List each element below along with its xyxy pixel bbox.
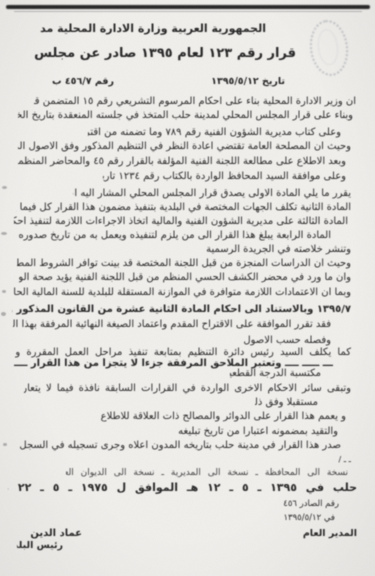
scanned-document-page: الجمهورية العربية وزارة الادارة المحلية … — [0, 0, 375, 576]
footer-date-2: في ١٣٩٥/٥/١٢ — [271, 513, 335, 524]
footer-line-1: نسخة الى المحافظة ـ نسخة الى المديرية ـ … — [66, 468, 348, 479]
body-line-22: مستقبلا وفق ذلك — [255, 397, 318, 410]
ref-number-field: رقم ٤٥٦/٧ ب — [40, 76, 114, 88]
footer-mark: المدير العام — [297, 528, 357, 540]
top-border-rule-echo — [14, 11, 362, 12]
body-line-25: صدر هذا القرار في مدينة حلب بتاريخه المد… — [17, 440, 341, 453]
circular-seal-inner — [316, 28, 340, 66]
body-line-11: وتنشر خلاصته في الجريدة الرسمية — [205, 244, 351, 257]
circular-seal-stamp — [307, 18, 352, 78]
body-line-20: مكتسبة الدرجة القطعية — [230, 368, 321, 381]
body-line-26: ـ ـ / — [326, 455, 351, 465]
date-field: تاريخ ١٣٩٥/٥/١٢ — [211, 76, 285, 88]
body-line-07: يقرر ما يلي المادة الاولى يصدق قرار المج… — [73, 188, 351, 201]
signature-line-1: عماد الدين — [17, 528, 82, 541]
footer-line-2: حلب في ١٣٩٥ ـ ٥ ـ ١٢ هـ الموافق ل ١٩٧٥ ـ… — [8, 481, 357, 495]
body-line-16: فقد تقرر الموافقة على الاقتراح المقدم وا… — [13, 319, 331, 332]
header-line-2: قرار رقم ١٢٣ لعام ١٣٩٥ صادر عن مجلس البل… — [30, 46, 296, 62]
body-line-14: وبما ان الاعتمادات اللازمة متوافرة في ال… — [14, 287, 351, 300]
scan-speck — [1, 232, 7, 235]
body-line-17: وفصله حسب الاصول — [225, 335, 331, 348]
footer-date-1: رقم الصادر ٤٥٦ — [261, 499, 339, 510]
body-line-03: وعلى كتاب مديرية الشؤون الفنية رقم ٧٨٩ و… — [88, 127, 341, 140]
body-line-12: وحيث ان الدراسات المنجزة من قبل اللجنة ا… — [17, 258, 351, 271]
body-line-21: وتبقى سائر الاحكام الاخرى الواردة في الق… — [24, 383, 351, 396]
header-line-1: الجمهورية العربية وزارة الادارة المحلية … — [40, 22, 266, 36]
scan-speck — [2, 290, 6, 293]
body-line-09: المادة الثالثة على مديرية الشؤون الفنية … — [14, 216, 348, 229]
scan-speck — [3, 443, 7, 446]
signature-line-2: رئيس البلدية — [17, 540, 63, 552]
body-line-05: وبعد الاطلاع على مطالعة اللجنة الفنية ال… — [18, 156, 346, 169]
body-line-04: وحيث ان المصلحة العامة تقتضي اعادة النظر… — [18, 141, 351, 154]
body-line-24: والتقيد بمضمونه اعتبارا من تاريخ تبليغه — [142, 426, 338, 439]
body-line-02: وبناء على قرار المجلس المحلي لمدينة حلب … — [18, 110, 353, 123]
body-line-06: وعلى موافقة السيد المحافظ الواردة بالكتا… — [103, 171, 346, 184]
body-line-23: و يعمم هذا القرار على الدوائر والمصالح ذ… — [79, 411, 346, 424]
scan-speck — [1, 312, 6, 316]
top-border-rule — [6, 5, 370, 9]
body-line-15: ١٣٩٥/٧ وبالاستناد الى احكام المادة الثان… — [12, 304, 351, 317]
scan-speck — [2, 186, 7, 189]
body-line-08: المادة الثانية تكلف الجهات المختصة في ال… — [16, 202, 351, 215]
body-line-01: ان وزير الادارة المحلية بناء على احكام ا… — [34, 96, 356, 109]
body-line-13: وان ما ورد في محضر الكشف الحسي المنظم من… — [19, 272, 351, 285]
body-line-10: المادة الرابعة يبلغ هذا القرار الى من يل… — [14, 230, 331, 243]
